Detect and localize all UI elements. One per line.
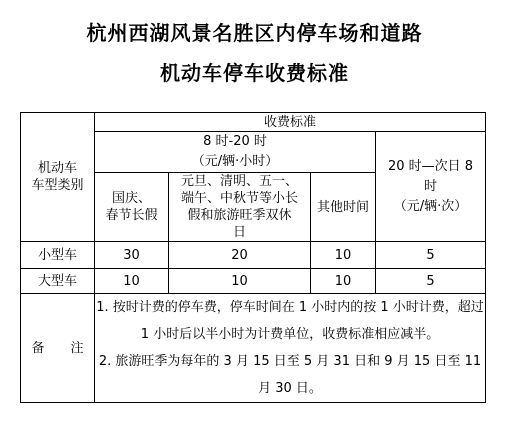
document-page: 杭州西湖风景名胜区内停车场和道路 机动车停车收费标准 机动车 车型类别 收费标准…	[0, 0, 509, 425]
small-vehicle-other-time-fee: 10	[311, 242, 376, 269]
daytime-header-cell: 8 时-20 时 （元/辆·小时）	[95, 132, 376, 173]
large-vehicle-minor-holiday-fee: 10	[169, 269, 311, 294]
col-header-national-spring-holiday: 国庆、 春节长假	[95, 173, 169, 242]
header-row-fee-standard: 机动车 车型类别 收费标准	[21, 113, 486, 132]
notes-content-cell: 1. 按时计费的停车费，停车时间在 1 小时内的按 1 小时计费，超过 1 小时…	[95, 294, 486, 403]
notes-label-cell: 备 注	[21, 294, 95, 403]
small-vehicle-minor-holiday-fee: 20	[169, 242, 311, 269]
vehicle-type-header-cell: 机动车 车型类别	[21, 113, 95, 242]
table-row-small-vehicle: 小型车 30 20 10 5	[21, 242, 486, 269]
title-line-1: 杭州西湖风景名胜区内停车场和道路	[0, 13, 509, 53]
table-row-large-vehicle: 大型车 10 10 10 5	[21, 269, 486, 294]
fee-standard-header-cell: 收费标准	[95, 113, 486, 132]
note-item-1: 1. 按时计费的停车费，停车时间在 1 小时内的按 1 小时计费，超过 1 小时…	[95, 294, 485, 348]
col-header-minor-holidays-peak-season: 元旦、清明、五一、 端午、中秋节等小长 假和旅游旺季双休 日	[169, 173, 311, 242]
parking-fee-table: 机动车 车型类别 收费标准 8 时-20 时 （元/辆·小时） 20 时—次日 …	[20, 112, 486, 403]
night-header-cell: 20 时—次日 8 时 （元/辆·次）	[376, 132, 486, 242]
small-vehicle-night-fee: 5	[376, 242, 486, 269]
large-vehicle-other-time-fee: 10	[311, 269, 376, 294]
table-row-notes: 备 注 1. 按时计费的停车费，停车时间在 1 小时内的按 1 小时计费，超过 …	[21, 294, 486, 403]
row-label-small-vehicle: 小型车	[21, 242, 95, 269]
note-item-2: 2. 旅游旺季为每年的 3 月 15 日至 5 月 31 日和 9 月 15 日…	[95, 348, 485, 402]
col-header-other-time: 其他时间	[311, 173, 376, 242]
small-vehicle-national-holiday-fee: 30	[95, 242, 169, 269]
large-vehicle-national-holiday-fee: 10	[95, 269, 169, 294]
title-line-2: 机动车停车收费标准	[0, 53, 509, 93]
document-title: 杭州西湖风景名胜区内停车场和道路 机动车停车收费标准	[0, 0, 509, 93]
large-vehicle-night-fee: 5	[376, 269, 486, 294]
row-label-large-vehicle: 大型车	[21, 269, 95, 294]
